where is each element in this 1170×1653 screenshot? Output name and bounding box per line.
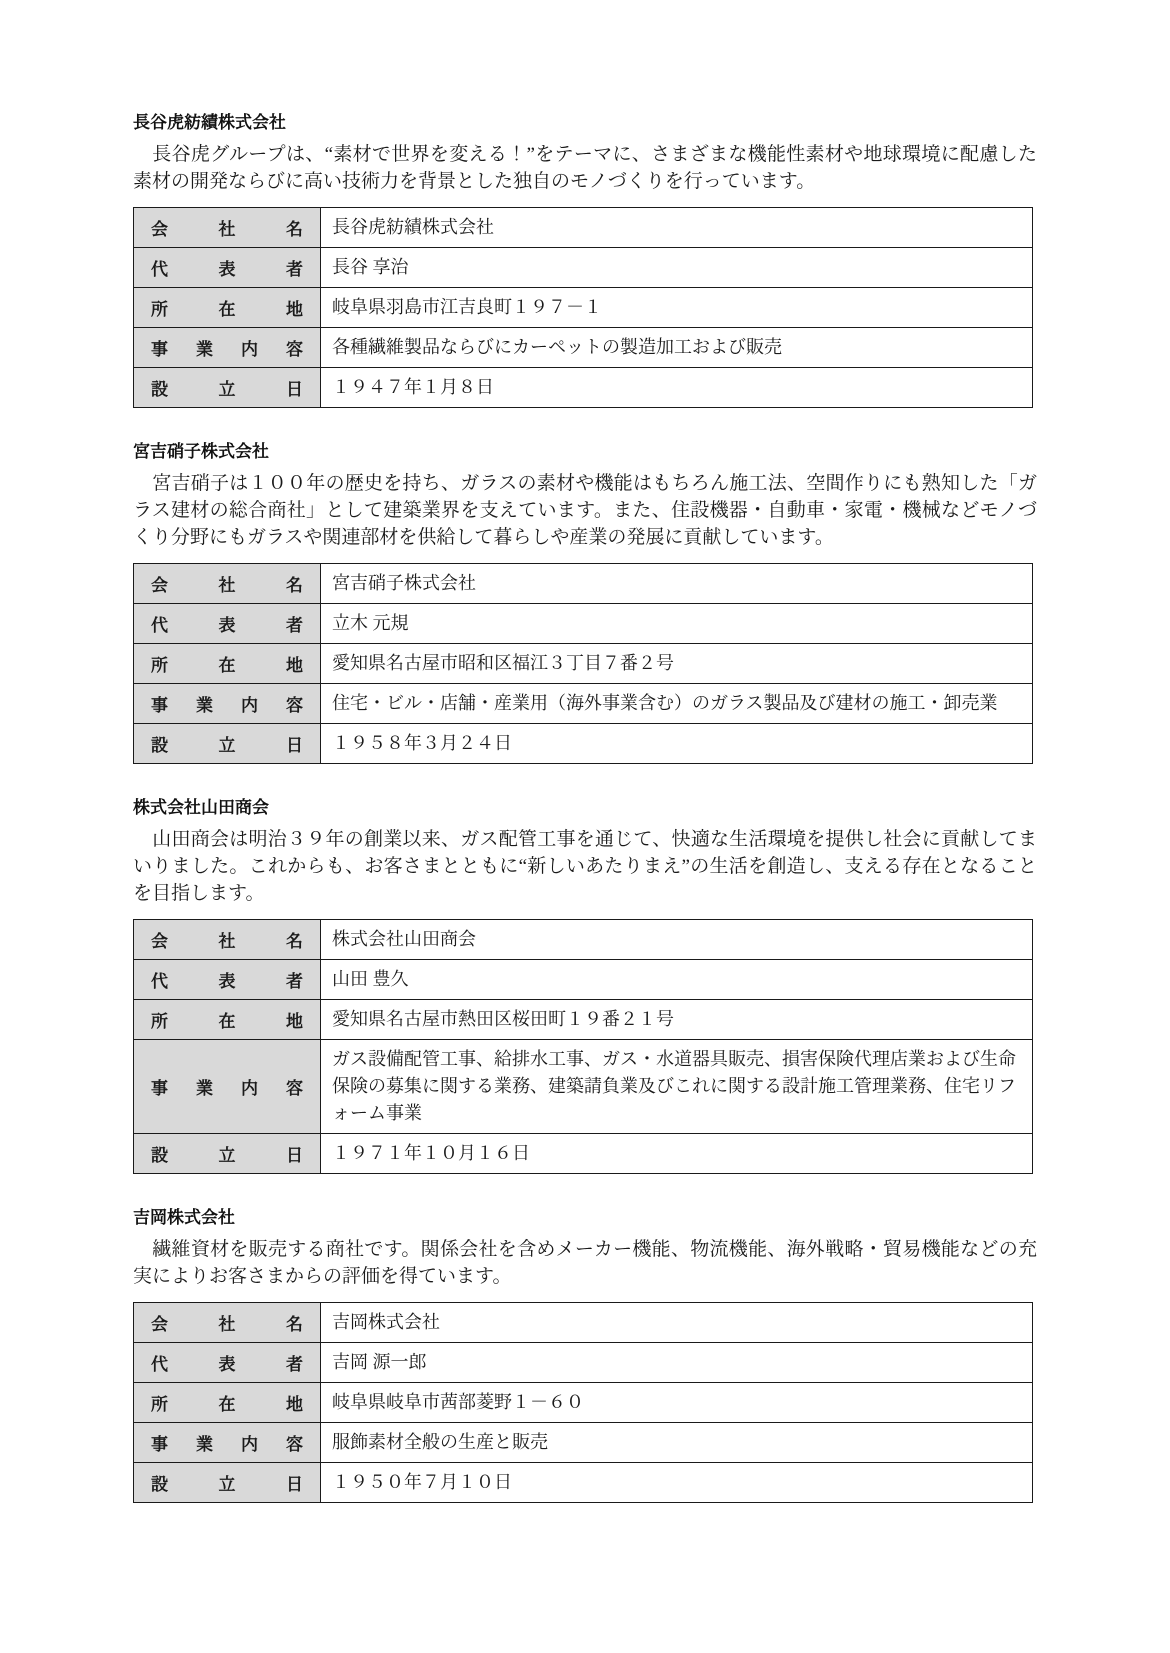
row-label-business: 事業内容 (134, 328, 321, 368)
row-value-representative: 長谷 享治 (321, 248, 1033, 288)
row-label-text: 会社名 (134, 927, 320, 952)
row-value-company-name: 株式会社山田商会 (321, 920, 1033, 960)
table-row: 会社名 吉岡株式会社 (134, 1303, 1033, 1343)
table-row: 事業内容 ガス設備配管工事、給排水工事、ガス・水道器具販売、損害保険代理店業およ… (134, 1040, 1033, 1134)
row-label-text: 設立日 (134, 1141, 320, 1166)
table-row: 代表者 吉岡 源一郎 (134, 1343, 1033, 1383)
row-label-text: 代表者 (134, 255, 320, 280)
row-label-company-name: 会社名 (134, 920, 321, 960)
row-label-address: 所在地 (134, 1383, 321, 1423)
row-value-established: １９５８年３月２４日 (321, 724, 1033, 764)
row-label-text: 所在地 (134, 295, 320, 320)
table-row: 代表者 長谷 享治 (134, 248, 1033, 288)
row-label-text: 会社名 (134, 1310, 320, 1335)
row-label-address: 所在地 (134, 288, 321, 328)
company-section-yoshioka: 吉岡株式会社 繊維資材を販売する商社です。関係会社を含めメーカー機能、物流機能、… (133, 1207, 1037, 1503)
row-value-business: ガス設備配管工事、給排水工事、ガス・水道器具販売、損害保険代理店業および生命保険… (321, 1040, 1033, 1134)
table-row: 会社名 宮吉硝子株式会社 (134, 564, 1033, 604)
row-value-established: １９４７年１月８日 (321, 368, 1033, 408)
row-value-representative: 山田 豊久 (321, 960, 1033, 1000)
row-value-business: 服飾素材全般の生産と販売 (321, 1423, 1033, 1463)
row-value-address: 愛知県名古屋市熱田区桜田町１９番２１号 (321, 1000, 1033, 1040)
row-label-established: 設立日 (134, 724, 321, 764)
row-label-company-name: 会社名 (134, 564, 321, 604)
company-profile-table: 会社名 宮吉硝子株式会社 代表者 立木 元規 所在地 愛知県名古屋市昭和区福江３… (133, 563, 1033, 764)
row-value-address: 愛知県名古屋市昭和区福江３丁目７番２号 (321, 644, 1033, 684)
section-heading: 株式会社山田商会 (133, 797, 1037, 819)
row-label-text: 事業内容 (134, 1074, 320, 1099)
row-label-representative: 代表者 (134, 248, 321, 288)
section-heading: 吉岡株式会社 (133, 1207, 1037, 1229)
table-row: 事業内容 各種繊維製品ならびにカーペットの製造加工および販売 (134, 328, 1033, 368)
row-label-text: 代表者 (134, 1350, 320, 1375)
row-label-business: 事業内容 (134, 684, 321, 724)
section-description: 山田商会は明治３９年の創業以来、ガス配管工事を通じて、快適な生活環境を提供し社会… (133, 826, 1037, 907)
row-label-text: 所在地 (134, 1390, 320, 1415)
row-label-company-name: 会社名 (134, 1303, 321, 1343)
row-label-business: 事業内容 (134, 1040, 321, 1134)
table-row: 設立日 １９５０年７月１０日 (134, 1463, 1033, 1503)
table-row: 代表者 立木 元規 (134, 604, 1033, 644)
row-label-text: 所在地 (134, 651, 320, 676)
section-heading: 長谷虎紡績株式会社 (133, 112, 1037, 134)
row-label-text: 会社名 (134, 215, 320, 240)
table-row: 所在地 岐阜県岐阜市茜部菱野１－６０ (134, 1383, 1033, 1423)
row-value-representative: 吉岡 源一郎 (321, 1343, 1033, 1383)
row-value-business: 各種繊維製品ならびにカーペットの製造加工および販売 (321, 328, 1033, 368)
table-row: 所在地 愛知県名古屋市熱田区桜田町１９番２１号 (134, 1000, 1033, 1040)
table-row: 設立日 １９７１年１０月１６日 (134, 1134, 1033, 1174)
row-label-text: 設立日 (134, 1470, 320, 1495)
row-value-company-name: 吉岡株式会社 (321, 1303, 1033, 1343)
row-label-text: 所在地 (134, 1007, 320, 1032)
table-row: 所在地 岐阜県羽島市江吉良町１９７－１ (134, 288, 1033, 328)
row-label-business: 事業内容 (134, 1423, 321, 1463)
row-label-representative: 代表者 (134, 604, 321, 644)
row-value-address: 岐阜県羽島市江吉良町１９７－１ (321, 288, 1033, 328)
row-label-text: 代表者 (134, 967, 320, 992)
row-label-established: 設立日 (134, 368, 321, 408)
row-label-representative: 代表者 (134, 1343, 321, 1383)
row-label-representative: 代表者 (134, 960, 321, 1000)
section-heading: 宮吉硝子株式会社 (133, 441, 1037, 463)
row-label-address: 所在地 (134, 1000, 321, 1040)
row-label-text: 事業内容 (134, 335, 320, 360)
table-row: 会社名 長谷虎紡績株式会社 (134, 208, 1033, 248)
company-profile-table: 会社名 吉岡株式会社 代表者 吉岡 源一郎 所在地 岐阜県岐阜市茜部菱野１－６０… (133, 1302, 1033, 1503)
table-row: 事業内容 住宅・ビル・店舗・産業用（海外事業含む）のガラス製品及び建材の施工・卸… (134, 684, 1033, 724)
row-value-established: １９７１年１０月１６日 (321, 1134, 1033, 1174)
row-value-representative: 立木 元規 (321, 604, 1033, 644)
row-label-text: 会社名 (134, 571, 320, 596)
company-section-hasetora: 長谷虎紡績株式会社 長谷虎グループは、“素材で世界を変える！”をテーマに、さまざ… (133, 112, 1037, 408)
row-value-business: 住宅・ビル・店舗・産業用（海外事業含む）のガラス製品及び建材の施工・卸売業 (321, 684, 1033, 724)
table-row: 事業内容 服飾素材全般の生産と販売 (134, 1423, 1033, 1463)
table-row: 設立日 １９５８年３月２４日 (134, 724, 1033, 764)
table-row: 会社名 株式会社山田商会 (134, 920, 1033, 960)
row-label-text: 設立日 (134, 731, 320, 756)
section-description: 繊維資材を販売する商社です。関係会社を含めメーカー機能、物流機能、海外戦略・貿易… (133, 1236, 1037, 1290)
company-profile-table: 会社名 株式会社山田商会 代表者 山田 豊久 所在地 愛知県名古屋市熱田区桜田町… (133, 919, 1033, 1174)
row-value-address: 岐阜県岐阜市茜部菱野１－６０ (321, 1383, 1033, 1423)
section-description: 長谷虎グループは、“素材で世界を変える！”をテーマに、さまざまな機能性素材や地球… (133, 141, 1037, 195)
row-value-company-name: 長谷虎紡績株式会社 (321, 208, 1033, 248)
row-label-text: 事業内容 (134, 1430, 320, 1455)
row-label-text: 設立日 (134, 375, 320, 400)
table-row: 代表者 山田 豊久 (134, 960, 1033, 1000)
section-description: 宮吉硝子は１００年の歴史を持ち、ガラスの素材や機能はもちろん施工法、空間作りにも… (133, 470, 1037, 551)
row-label-text: 事業内容 (134, 691, 320, 716)
table-row: 所在地 愛知県名古屋市昭和区福江３丁目７番２号 (134, 644, 1033, 684)
row-value-established: １９５０年７月１０日 (321, 1463, 1033, 1503)
row-value-company-name: 宮吉硝子株式会社 (321, 564, 1033, 604)
row-label-address: 所在地 (134, 644, 321, 684)
company-section-miyayoshi: 宮吉硝子株式会社 宮吉硝子は１００年の歴史を持ち、ガラスの素材や機能はもちろん施… (133, 441, 1037, 764)
company-profile-table: 会社名 長谷虎紡績株式会社 代表者 長谷 享治 所在地 岐阜県羽島市江吉良町１９… (133, 207, 1033, 408)
table-row: 設立日 １９４７年１月８日 (134, 368, 1033, 408)
row-label-established: 設立日 (134, 1134, 321, 1174)
document-page: 長谷虎紡績株式会社 長谷虎グループは、“素材で世界を変える！”をテーマに、さまざ… (0, 0, 1170, 1653)
row-label-text: 代表者 (134, 611, 320, 636)
company-section-yamada: 株式会社山田商会 山田商会は明治３９年の創業以来、ガス配管工事を通じて、快適な生… (133, 797, 1037, 1174)
row-label-established: 設立日 (134, 1463, 321, 1503)
row-label-company-name: 会社名 (134, 208, 321, 248)
